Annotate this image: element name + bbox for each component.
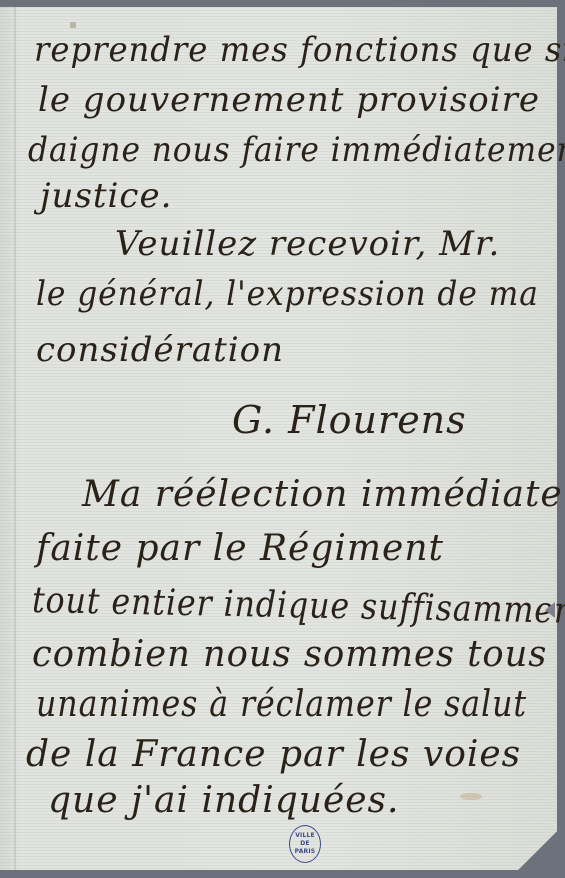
postscript-line-5: unanimes à réclamer le salut: [36, 684, 527, 725]
stamp-line-2: DE: [300, 840, 309, 848]
text-line-4: justice.: [40, 176, 172, 216]
corner-mark: [70, 22, 76, 28]
ville-de-paris-stamp: VILLE DE PARIS: [289, 825, 321, 863]
postscript-line-2: faite par le Régiment: [36, 528, 444, 569]
postscript-line-4: combien nous sommes tous: [32, 634, 547, 675]
text-line-3: daigne nous faire immédiatement: [28, 130, 565, 170]
page-fold-shadow: [14, 7, 16, 870]
paper-stain: [460, 793, 482, 800]
text-line-2: le gouvernement provisoire: [38, 80, 540, 120]
postscript-line-7: que j'ai indiquées.: [48, 780, 399, 821]
edge-tab: [545, 602, 555, 618]
closing-line-2: le général, l'expression de ma: [36, 274, 539, 314]
text-line-1: reprendre mes fonctions que si: [34, 30, 565, 70]
closing-line-1: Veuillez recevoir, Mr.: [115, 224, 500, 264]
stamp-line-3: PARIS: [295, 848, 316, 856]
stamp-line-1: VILLE: [295, 832, 315, 840]
postscript-line-6: de la France par les voies: [26, 734, 521, 775]
closing-line-3: considération: [36, 330, 284, 370]
postscript-line-1: Ma réélection immédiate: [82, 474, 563, 515]
signature: G. Flourens: [232, 398, 467, 442]
